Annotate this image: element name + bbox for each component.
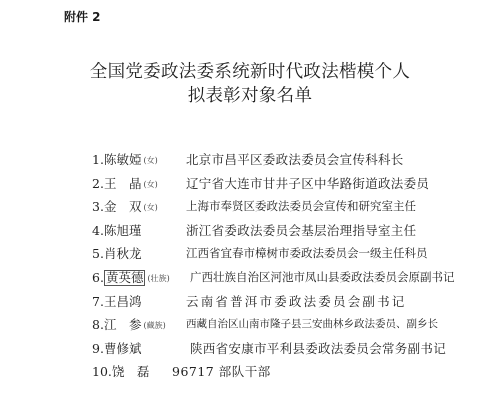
entry-position: 上海市奉贤区委政法委员会宣传和研究室主任 [186, 195, 416, 219]
entry-name: 金 双 [104, 199, 142, 214]
entry-number: 9. [92, 341, 104, 356]
entry-position: 浙江省委政法委员会基层治理指导室主任 [186, 219, 416, 243]
list-item: 6.黄英德(壮族) 广西壮族自治区河池市凤山县委政法委员会原副书记 [92, 266, 492, 290]
entry-position: 江西省宜春市樟树市委政法委员会一级主任科员 [186, 242, 428, 266]
list-item: 7.王昌鸿 云南省普洱市委政法委员会副书记 [92, 290, 492, 314]
entry-position: 96717 部队干部 [172, 360, 271, 384]
entry-number: 3. [92, 199, 104, 214]
entry-note: (女) [143, 203, 157, 212]
title-line-2: 拟表彰对象名单 [0, 84, 500, 108]
entry-number: 10. [92, 364, 112, 379]
entry-position: 北京市昌平区委政法委员会宣传科科长 [186, 148, 404, 172]
list-item: 3.金 双(女) 上海市奉贤区委政法委员会宣传和研究室主任 [92, 195, 492, 219]
entry-number: 6. [92, 270, 104, 285]
entry-number: 1. [92, 152, 104, 167]
entry-number: 4. [92, 223, 104, 238]
entry-position: 西藏自治区山南市隆子县三安曲林乡政法委员、副乡长 [186, 313, 438, 337]
list-item: 8.江 参(藏族) 西藏自治区山南市隆子县三安曲林乡政法委员、副乡长 [92, 313, 492, 337]
entry-position: 辽宁省大连市甘井子区中华路街道政法委员 [186, 172, 429, 196]
document-title: 全国党委政法委系统新时代政法楷模个人 拟表彰对象名单 [0, 60, 500, 108]
entry-position: 广西壮族自治区河池市凤山县委政法委员会原副书记 [190, 266, 455, 290]
entry-name: 王 晶 [104, 176, 142, 191]
list-item: 9.曹修斌 陕西省安康市平利县委政法委员会常务副书记 [92, 337, 492, 361]
entry-number: 7. [92, 294, 104, 309]
entry-name: 曹修斌 [104, 341, 142, 356]
entry-note: (女) [143, 180, 157, 189]
list-item: 1.陈敏婭(女) 北京市昌平区委政法委员会宣传科科长 [92, 148, 492, 172]
entry-name-highlighted: 黄英德 [104, 270, 146, 286]
entry-number: 8. [92, 317, 104, 332]
entry-name: 陈敏婭 [104, 152, 142, 167]
honoree-list: 1.陈敏婭(女) 北京市昌平区委政法委员会宣传科科长 2.王 晶(女) 辽宁省大… [92, 148, 492, 384]
entry-note: (藏族) [143, 321, 165, 330]
entry-position: 云南省普洱市委政法委员会副书记 [186, 290, 407, 314]
entry-name: 饶 磊 [112, 364, 150, 379]
list-item: 2.王 晶(女) 辽宁省大连市甘井子区中华路街道政法委员 [92, 172, 492, 196]
entry-number: 2. [92, 176, 104, 191]
title-line-1: 全国党委政法委系统新时代政法楷模个人 [90, 62, 410, 82]
entry-name: 陈旭瑾 [104, 223, 142, 238]
entry-number: 5. [92, 246, 104, 261]
list-item: 4.陈旭瑾 浙江省委政法委员会基层治理指导室主任 [92, 219, 492, 243]
attachment-label: 附件 2 [64, 8, 101, 25]
entry-note: (壮族) [147, 274, 169, 283]
list-item: 10.饶 磊 96717 部队干部 [92, 360, 492, 384]
entry-name: 肖秋龙 [104, 246, 142, 261]
entry-note: (女) [143, 156, 157, 165]
entry-name: 江 参 [104, 317, 142, 332]
list-item: 5.肖秋龙 江西省宜春市樟树市委政法委员会一级主任科员 [92, 242, 492, 266]
entry-position: 陕西省安康市平利县委政法委员会常务副书记 [190, 337, 446, 361]
entry-name: 王昌鸿 [104, 294, 142, 309]
